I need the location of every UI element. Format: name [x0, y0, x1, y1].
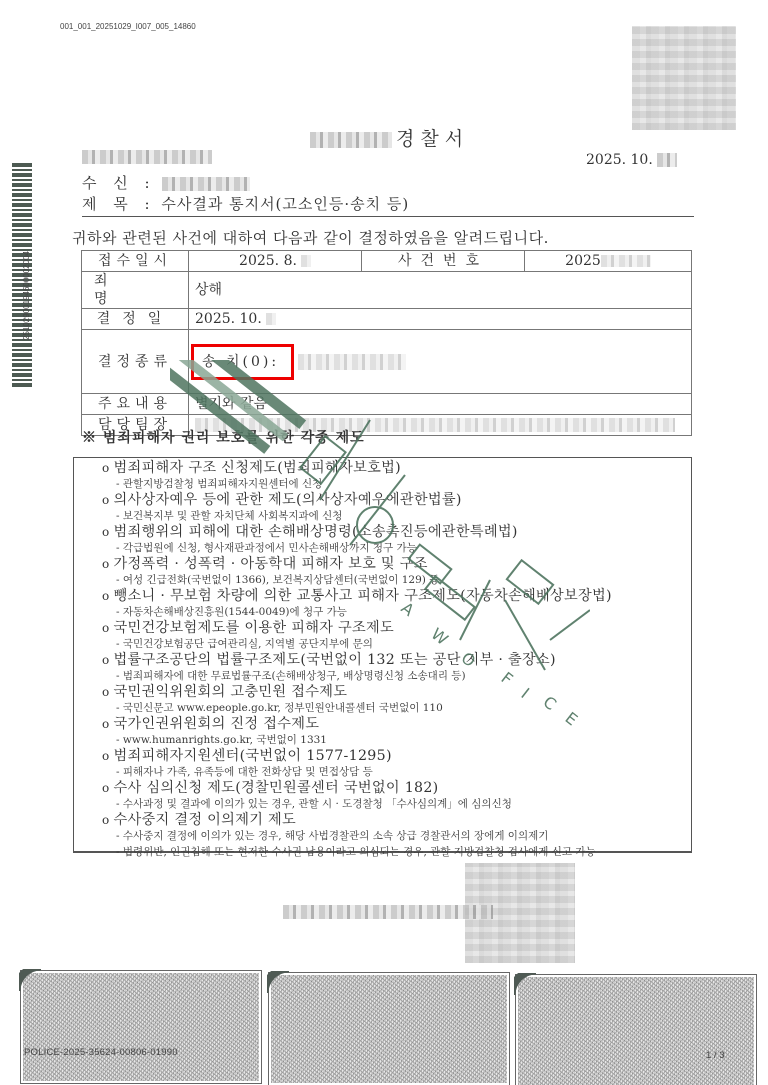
case-number-cell: 2025	[525, 251, 692, 272]
recipient-line: 수 신 :	[82, 172, 250, 193]
decision-type: 송 치(0):	[202, 354, 279, 370]
table-row: 주요내용 별지와 같음	[82, 394, 692, 415]
document-id: 001_001_20251029_I007_005_14860	[60, 22, 196, 31]
redacted-decision-day	[266, 313, 276, 325]
rights-item: o법률구조공단의 법률구조제도(국번없이 132 또는 공단 지부 · 출장소)	[102, 652, 687, 668]
case-number-label: 사건번호	[362, 251, 525, 272]
issue-date-text: 2025. 10.	[586, 152, 653, 168]
subject-text: 수사결과 통지서(고소인등·송치 등)	[161, 195, 409, 213]
bullet-icon: o	[102, 781, 110, 795]
recipient-label: 수 신 :	[82, 174, 156, 192]
subject-label: 제 목 :	[82, 195, 156, 213]
swirl-icon	[19, 969, 43, 993]
rights-item-detail: - www.humanrights.go.kr, 국번없이 1331	[102, 732, 687, 748]
case-number: 2025	[565, 253, 601, 269]
table-row: 죄 명 상해	[82, 272, 692, 309]
rights-item: o가정폭력 · 성폭력 · 아동학대 피해자 보호 및 구조	[102, 556, 687, 572]
case-info-table: 접수일시 2025. 8. 사건번호 2025 죄 명 상해 결정일 2025.…	[81, 250, 692, 436]
rights-item: o국가인권위원회의 진정 접수제도	[102, 716, 687, 732]
rights-list: o범죄피해자 구조 신청제도(범죄피해자보호법)- 관할지방검찰청 범죄피해자지…	[102, 460, 687, 860]
verification-code-1	[20, 970, 262, 1084]
decision-date-label: 결정일	[82, 309, 189, 330]
redacted-reference	[82, 150, 212, 164]
rights-item: o범죄피해자 구조 신청제도(범죄피해자보호법)	[102, 460, 687, 476]
rights-item: o범죄행위의 피해에 대한 손해배상명령(소송촉진등에관한특례법)	[102, 524, 687, 540]
bullet-icon: o	[102, 461, 110, 475]
rights-item-detail: - 국민신문고 www.epeople.go.kr, 정부민원안내콜센터 국번없…	[102, 700, 687, 716]
decision-type-highlight: 송 치(0):	[191, 344, 294, 380]
page-number: 1 / 3	[706, 1050, 725, 1061]
bullet-icon: o	[102, 685, 110, 699]
rights-item-detail: - 피해자나 가족, 유족등에 대한 전화상담 및 면접상담 등	[102, 764, 687, 780]
bullet-icon: o	[102, 621, 110, 635]
redacted-day	[657, 153, 677, 167]
rights-item-detail: - 관할지방검찰청 범죄피해자지원센터에 신청	[102, 476, 687, 492]
rights-item-detail: - 범죄피해자에 대한 무료법률구조(손해배상청구, 배상명령신청 소송대리 등…	[102, 668, 687, 684]
decision-date: 2025. 10.	[195, 311, 262, 327]
rights-section-heading: ※ 범죄피해자 권리 보호를 위한 각종 제도	[82, 427, 365, 447]
rights-item: o국민건강보험제도를 이용한 피해자 구조제도	[102, 620, 687, 636]
issue-date: 2025. 10.	[586, 152, 677, 168]
rights-item-title: 범죄피해자 구조 신청제도(범죄피해자보호법)	[114, 460, 401, 476]
bullet-icon: o	[102, 717, 110, 731]
redacted-receipt-day	[301, 255, 311, 267]
rights-item: o수사 심의신청 제도(경찰민원콜센터 국번없이 182)	[102, 780, 687, 796]
swirl-icon	[267, 971, 291, 995]
rights-item-detail: - 여성 긴급전화(국번없이 1366), 보건복지상담센터(국번없이 129)…	[102, 572, 687, 588]
bullet-icon: o	[102, 653, 110, 667]
rights-item-title: 국민권익위원회의 고충민원 접수제도	[114, 684, 348, 700]
main-content-label: 주요내용	[82, 394, 189, 415]
receipt-date: 2025. 8.	[239, 253, 297, 269]
bullet-icon: o	[102, 557, 110, 571]
rights-item-title: 가정폭력 · 성폭력 · 아동학대 피해자 보호 및 구조	[114, 556, 428, 572]
main-content: 별지와 같음	[189, 394, 692, 415]
redacted-recipient	[162, 177, 250, 191]
bullet-icon: o	[102, 525, 110, 539]
receipt-date-label: 접수일시	[82, 251, 189, 272]
redacted-decision-detail	[298, 354, 406, 370]
table-row: 결정종류 송 치(0):	[82, 330, 692, 394]
rights-item-detail: - 국민건강보험공단 급여관리실, 지역별 공단지부에 문의	[102, 636, 687, 652]
bullet-icon: o	[102, 749, 110, 763]
receipt-date-cell: 2025. 8.	[189, 251, 362, 272]
rights-item-title: 수사중지 결정 이의제기 제도	[114, 812, 297, 828]
rights-item-title: 국가인권위원회의 진정 접수제도	[114, 716, 320, 732]
rights-item: o뺑소니 · 무보험 차량에 의한 교통사고 피해자 구조제도(자동차손해배상보…	[102, 588, 687, 604]
redacted-agency-name	[310, 132, 392, 148]
intro-text: 귀하와 관련된 사건에 대하여 다음과 같이 결정하였음을 알려드립니다.	[72, 227, 549, 248]
rights-item-title: 수사 심의신청 제도(경찰민원콜센터 국번없이 182)	[114, 780, 439, 796]
crime-label: 죄 명	[82, 272, 189, 309]
police-document-id: POLICE-2025-35624-00806-01990	[24, 1047, 178, 1058]
bullet-icon: o	[102, 589, 110, 603]
agency-title: 경찰서	[310, 124, 469, 151]
redacted-case-number	[601, 255, 651, 267]
redacted-qr-code	[632, 26, 736, 130]
rights-item-detail: - 수사과정 및 결과에 이의가 있는 경우, 관할 시 · 도경찰청 「수사심…	[102, 796, 687, 812]
decision-type-cell: 송 치(0):	[189, 330, 692, 394]
swirl-icon	[514, 973, 538, 997]
rights-item-detail: - 보건복지부 및 관할 자치단체 사회복지과에 신청	[102, 508, 687, 524]
rights-item: o범죄피해자지원센터(국번없이 1577-1295)	[102, 748, 687, 764]
rights-item: o의사상자예우 등에 관한 제도(의사상자예우에관한법률)	[102, 492, 687, 508]
verification-code-3	[515, 974, 757, 1085]
table-row: 접수일시 2025. 8. 사건번호 2025	[82, 251, 692, 272]
crime: 상해	[189, 272, 692, 309]
decision-type-label: 결정종류	[82, 330, 189, 394]
rights-item-detail: - 수사중지 결정에 이의가 있는 경우, 해당 사법경찰관의 소속 상급 경찰…	[102, 828, 687, 844]
bullet-icon: o	[102, 493, 110, 507]
rights-item-title: 법률구조공단의 법률구조제도(국번없이 132 또는 공단 지부 · 출장소)	[114, 652, 556, 668]
redacted-officer-name	[283, 905, 493, 919]
bullet-icon: o	[102, 813, 110, 827]
rights-item-title: 범죄행위의 피해에 대한 손해배상명령(소송촉진등에관한특례법)	[114, 524, 518, 540]
barcode-number: 25102900194600002004	[22, 251, 31, 340]
subject-line: 제 목 : 수사결과 통지서(고소인등·송치 등)	[82, 193, 694, 217]
agency-suffix: 경찰서	[396, 128, 469, 150]
rights-item-detail: - 자동차손해배상진흥원(1544-0049)에 청구 가능	[102, 604, 687, 620]
rights-item-detail: - 법령위반, 인권침해 또는 현저한 수사권 남용이라고 의심되는 경우, 관…	[102, 844, 687, 860]
rights-item: o수사중지 결정 이의제기 제도	[102, 812, 687, 828]
rights-item-detail: - 각급법원에 신청, 형사재판과정에서 민사손해배상까지 청구 가능	[102, 540, 687, 556]
rights-item: o국민권익위원회의 고충민원 접수제도	[102, 684, 687, 700]
rights-item-title: 범죄피해자지원센터(국번없이 1577-1295)	[114, 748, 392, 764]
rights-item-title: 의사상자예우 등에 관한 제도(의사상자예우에관한법률)	[114, 492, 462, 508]
table-row: 결정일 2025. 10.	[82, 309, 692, 330]
rights-item-title: 뺑소니 · 무보험 차량에 의한 교통사고 피해자 구조제도(자동차손해배상보장…	[114, 588, 612, 604]
verification-code-2	[268, 972, 510, 1085]
rights-item-title: 국민건강보험제도를 이용한 피해자 구조제도	[114, 620, 395, 636]
decision-date-cell: 2025. 10.	[189, 309, 692, 330]
